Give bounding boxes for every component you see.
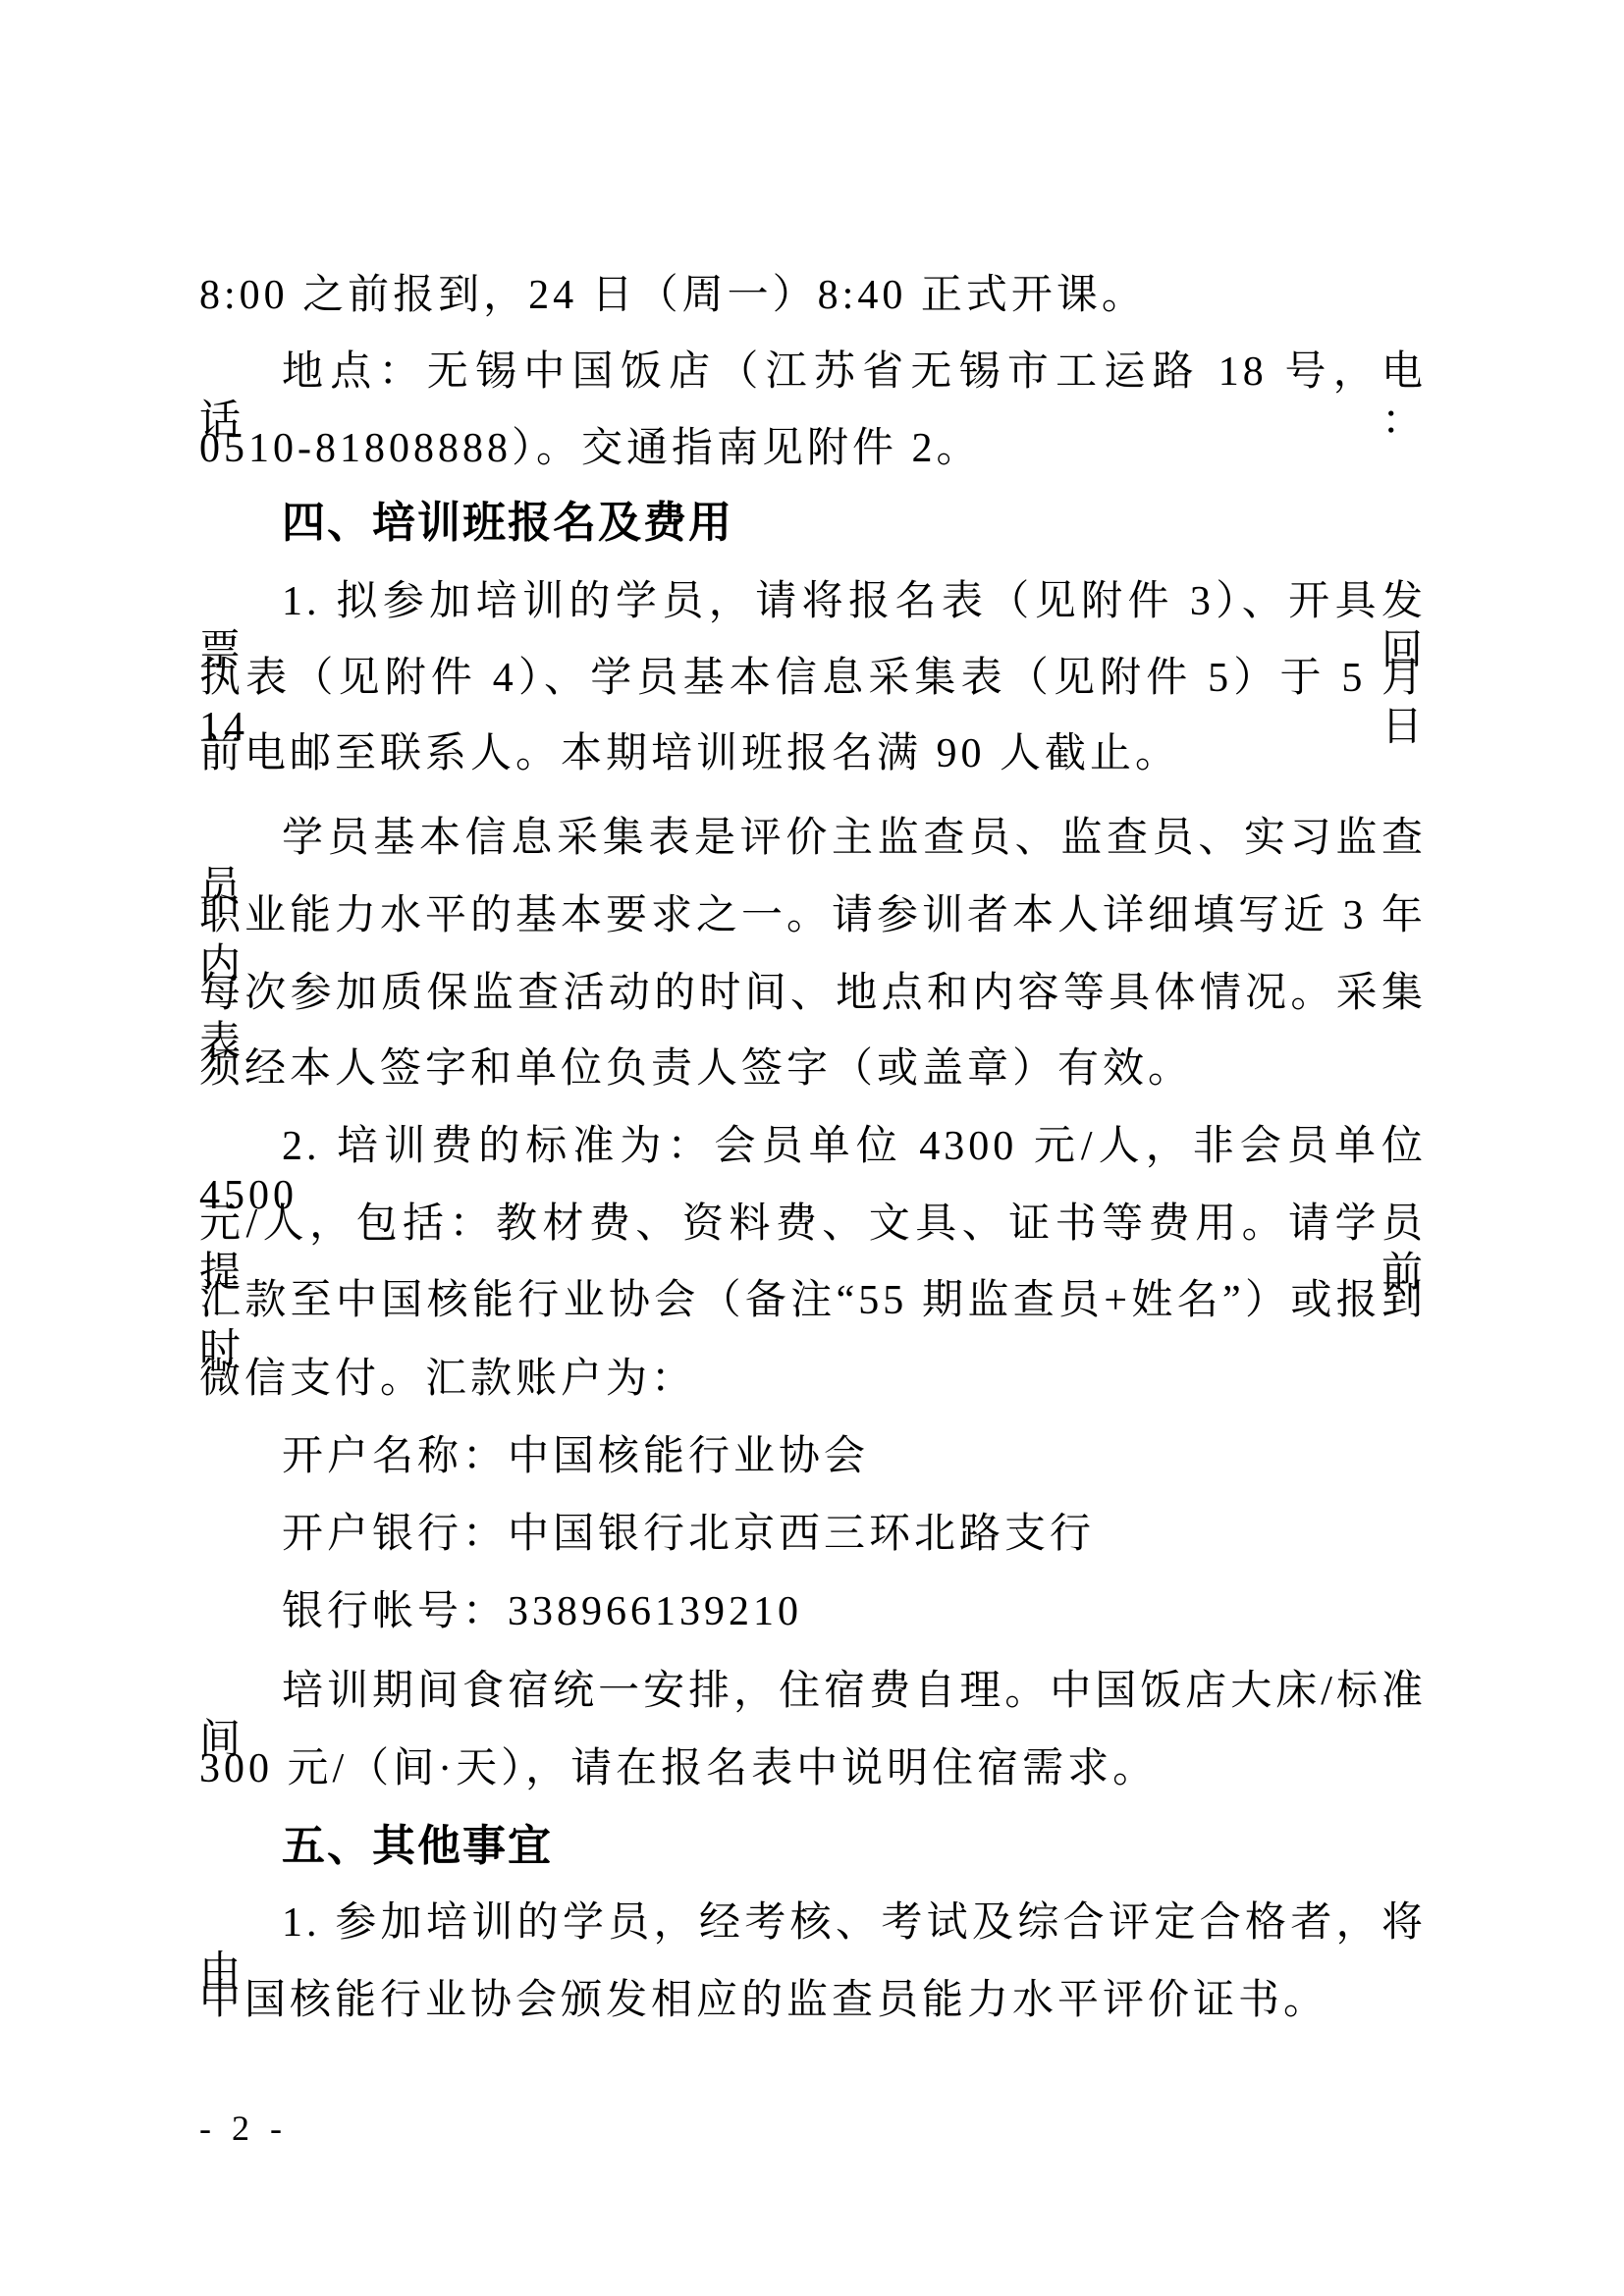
- body-text-line: 前电邮至联系人。本期培训班报名满 90 人截止。: [199, 729, 1427, 778]
- page-number: - 2 -: [199, 2104, 288, 2153]
- section-heading-5: 五、其他事宜: [199, 1822, 1427, 1871]
- document-page: 8:00 之前报到，24 日（周一）8:40 正式开课。 地点：无锡中国饭店（江…: [0, 0, 1624, 2296]
- body-text-line: 8:00 之前报到，24 日（周一）8:40 正式开课。: [199, 271, 1427, 320]
- body-text-line: 300 元/（间·天），请在报名表中说明住宿需求。: [199, 1744, 1427, 1793]
- body-text-line: 中国核能行业协会颁发相应的监查员能力水平评价证书。: [199, 1976, 1427, 2025]
- bank-account-name-line: 开户名称：中国核能行业协会: [199, 1432, 1427, 1481]
- section-heading-4: 四、培训班报名及费用: [199, 499, 1427, 548]
- body-text-line: 0510-81808888）。交通指南见附件 2。: [199, 424, 1427, 473]
- bank-account-number-line: 银行帐号：338966139210: [199, 1587, 1427, 1636]
- body-text-line: 须经本人签字和单位负责人签字（或盖章）有效。: [199, 1044, 1427, 1094]
- bank-branch-line: 开户银行：中国银行北京西三环北路支行: [199, 1510, 1427, 1559]
- body-text-line: 微信支付。汇款账户为：: [199, 1355, 1427, 1404]
